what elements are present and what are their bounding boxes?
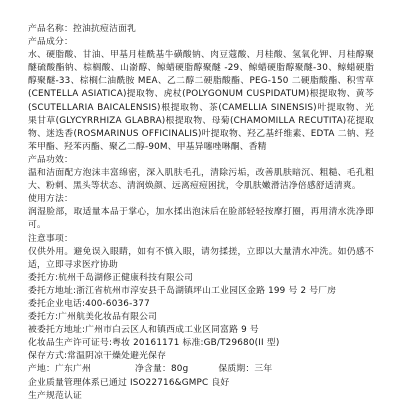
net-content-value: 80g — [171, 364, 188, 374]
shelf-life-value: 三年 — [254, 364, 272, 374]
product-name-value: 控油抗痘洁面乳 — [73, 24, 136, 34]
ingredients-heading: 产品成分： — [28, 36, 374, 49]
entrusting-party-line: 委托方:杭州千岛湖修正健康科技有限公司 — [28, 272, 374, 285]
ingredients-text: 水、硬脂酸、甘油、甲基月桂酰基牛磺酸钠、肉豆蔻酸、月桂酸、氢氧化钾、月桂醇聚醚硫… — [28, 49, 374, 154]
spacer — [188, 363, 218, 376]
net-content-item: 净含量：80g — [135, 363, 188, 376]
product-name-line: 产品名称：控油抗痘洁面乳 — [28, 23, 374, 36]
production-license-line: 化妆品生产许可证号:粤妆 20161171 标准:GB/T29680(II 型) — [28, 337, 374, 350]
storage-method-line: 保存方式:常温阴凉干燥处避光保存 — [28, 350, 374, 363]
product-label-sheet: 产品名称：控油抗痘洁面乳 产品成分： 水、硬脂酸、甘油、甲基月桂酰基牛磺酸钠、肉… — [0, 0, 400, 400]
spacer — [91, 363, 135, 376]
entrusting-party-address-line: 委托方地址:浙江省杭州市淳安县千岛湖镇坪山工业园区金路 199 号 2 号厂房 — [28, 285, 374, 298]
caution-heading: 注意事项： — [28, 233, 374, 246]
entrusted-party-address-line: 被委托方地址:广州市白云区人和镇西成工业区同富路 9 号 — [28, 324, 374, 337]
origin-item: 产地：广东广州 — [28, 363, 91, 376]
shelf-life-item: 保质期：三年 — [218, 363, 272, 376]
origin-value: 广东广州 — [55, 364, 91, 374]
shelf-life-label: 保质期： — [218, 364, 254, 374]
usage-text: 润湿脸部，取适量本品于掌心，加水揉出泡沫后在脸部轻轻按摩打圈，再用清水洗净即可。 — [28, 206, 374, 232]
efficacy-text: 温和洁面配方泡沫丰富绵密，深入肌肤毛孔，清除污垢，改善肌肤暗沉、粗糙、毛孔粗大、… — [28, 167, 374, 193]
caution-text: 仅供外用。避免误入眼睛，如有不慎入眼，请勿揉搓，立即以大量清水冲洗。如仍感不适，… — [28, 246, 374, 272]
efficacy-heading: 产品功效： — [28, 154, 374, 167]
product-name-label: 产品名称： — [28, 24, 73, 34]
entrusted-party-line: 委托方:广州航美化妆品有限公司 — [28, 311, 374, 324]
certification-line-1: 企业质量管理体系已通过 ISO22716&GMPC 良好 — [28, 377, 374, 390]
net-content-label: 净含量： — [135, 364, 171, 374]
entrusting-company-phone-line: 委托企业电话:400-6036-377 — [28, 298, 374, 311]
certification-line-2: 生产规范认证 — [28, 390, 374, 400]
usage-heading: 使用方法： — [28, 193, 374, 206]
origin-label: 产地： — [28, 364, 55, 374]
origin-net-shelf-row: 产地：广东广州 净含量：80g 保质期：三年 — [28, 363, 374, 376]
